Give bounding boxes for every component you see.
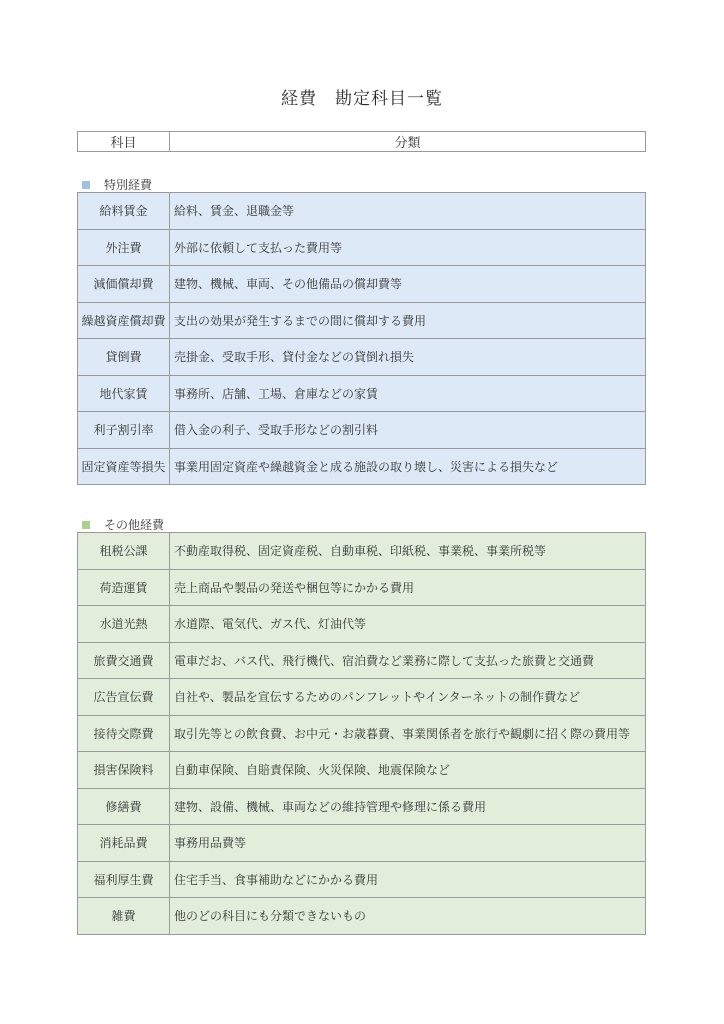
subject-cell: 広告宣伝費	[78, 679, 170, 716]
description-cell: 自社や、製品を宣伝するためのパンフレットやインターネットの制作費など	[170, 679, 646, 716]
section-label-special: 特別経費	[82, 176, 152, 193]
header-category: 分類	[170, 132, 646, 152]
table-row: 繰越資産償却費 支出の効果が発生するまでの間に償却する費用	[78, 302, 646, 339]
table-row: 水道光熱 水道際、電気代、ガス代、灯油代等	[78, 606, 646, 643]
subject-cell: 地代家賃	[78, 375, 170, 412]
table-row: 地代家賃 事務所、店舗、工場、倉庫などの家賃	[78, 375, 646, 412]
subject-cell: 福利厚生費	[78, 861, 170, 898]
table-row: 租税公課 不動産取得税、固定資産税、自動車税、印紙税、事業税、事業所税等	[78, 533, 646, 570]
table-row: 減価償却費 建物、機械、車両、その他備品の償却費等	[78, 266, 646, 303]
table-row: 広告宣伝費 自社や、製品を宣伝するためのパンフレットやインターネットの制作費など	[78, 679, 646, 716]
section-title-other: その他経費	[104, 516, 164, 533]
header-row: 科目 分類	[78, 132, 646, 152]
table-row: 給料賃金 給料、賃金、退職金等	[78, 193, 646, 230]
description-cell: 支出の効果が発生するまでの間に償却する費用	[170, 302, 646, 339]
table-row: 旅費交通費 電車だお、バス代、飛行機代、宿泊費など業務に際して支払った旅費と交通…	[78, 642, 646, 679]
description-cell: 外部に依頼して支払った費用等	[170, 229, 646, 266]
description-cell: 事業用固定資産や繰越資金と成る施設の取り壊し、災害による損失など	[170, 448, 646, 485]
subject-cell: 接待交際費	[78, 715, 170, 752]
subject-cell: 繰越資産償却費	[78, 302, 170, 339]
subject-cell: 水道光熱	[78, 606, 170, 643]
table-row: 福利厚生費 住宅手当、食事補助などにかかる費用	[78, 861, 646, 898]
description-cell: 事務用品費等	[170, 825, 646, 862]
subject-cell: 貸倒費	[78, 339, 170, 376]
subject-cell: 損害保険料	[78, 752, 170, 789]
subject-cell: 旅費交通費	[78, 642, 170, 679]
description-cell: 住宅手当、食事補助などにかかる費用	[170, 861, 646, 898]
description-cell: 建物、設備、機械、車両などの維持管理や修理に係る費用	[170, 788, 646, 825]
description-cell: 不動産取得税、固定資産税、自動車税、印紙税、事業税、事業所税等	[170, 533, 646, 570]
subject-cell: 減価償却費	[78, 266, 170, 303]
description-cell: 水道際、電気代、ガス代、灯油代等	[170, 606, 646, 643]
subject-cell: 外注費	[78, 229, 170, 266]
subject-cell: 消耗品費	[78, 825, 170, 862]
other-expenses-table: 租税公課 不動産取得税、固定資産税、自動車税、印紙税、事業税、事業所税等 荷造運…	[77, 532, 646, 935]
table-row: 接待交際費 取引先等との飲食費、お中元・お歳暮費、事業関係者を旅行や観劇に招く際…	[78, 715, 646, 752]
subject-cell: 固定資産等損失	[78, 448, 170, 485]
column-header-table: 科目 分類	[77, 131, 646, 152]
subject-cell: 雑費	[78, 898, 170, 935]
table-row: 固定資産等損失 事業用固定資産や繰越資金と成る施設の取り壊し、災害による損失など	[78, 448, 646, 485]
header-subject: 科目	[78, 132, 170, 152]
description-cell: 売掛金、受取手形、貸付金などの貸倒れ損失	[170, 339, 646, 376]
description-cell: 給料、賃金、退職金等	[170, 193, 646, 230]
description-cell: 自動車保険、自賠責保険、火災保険、地震保険など	[170, 752, 646, 789]
description-cell: 事務所、店舗、工場、倉庫などの家賃	[170, 375, 646, 412]
subject-cell: 荷造運賃	[78, 569, 170, 606]
subject-cell: 利子割引率	[78, 412, 170, 449]
description-cell: 他のどの科目にも分類できないもの	[170, 898, 646, 935]
table-row: 荷造運賃 売上商品や製品の発送や梱包等にかかる費用	[78, 569, 646, 606]
table-row: 消耗品費 事務用品費等	[78, 825, 646, 862]
table-row: 外注費 外部に依頼して支払った費用等	[78, 229, 646, 266]
subject-cell: 給料賃金	[78, 193, 170, 230]
special-expenses-table: 給料賃金 給料、賃金、退職金等 外注費 外部に依頼して支払った費用等 減価償却費…	[77, 192, 646, 485]
subject-cell: 修繕費	[78, 788, 170, 825]
subject-cell: 租税公課	[78, 533, 170, 570]
section-title-special: 特別経費	[104, 176, 152, 193]
page-title: 経費 勘定科目一覧	[0, 84, 724, 109]
description-cell: 取引先等との飲食費、お中元・お歳暮費、事業関係者を旅行や観劇に招く際の費用等	[170, 715, 646, 752]
table-row: 損害保険料 自動車保険、自賠責保険、火災保険、地震保険など	[78, 752, 646, 789]
description-cell: 電車だお、バス代、飛行機代、宿泊費など業務に際して支払った旅費と交通費	[170, 642, 646, 679]
table-row: 貸倒費 売掛金、受取手形、貸付金などの貸倒れ損失	[78, 339, 646, 376]
description-cell: 売上商品や製品の発送や梱包等にかかる費用	[170, 569, 646, 606]
green-square-icon	[82, 521, 90, 529]
description-cell: 借入金の利子、受取手形などの割引料	[170, 412, 646, 449]
table-row: 雑費 他のどの科目にも分類できないもの	[78, 898, 646, 935]
table-row: 利子割引率 借入金の利子、受取手形などの割引料	[78, 412, 646, 449]
section-label-other: その他経費	[82, 516, 164, 533]
description-cell: 建物、機械、車両、その他備品の償却費等	[170, 266, 646, 303]
blue-square-icon	[82, 181, 90, 189]
table-row: 修繕費 建物、設備、機械、車両などの維持管理や修理に係る費用	[78, 788, 646, 825]
